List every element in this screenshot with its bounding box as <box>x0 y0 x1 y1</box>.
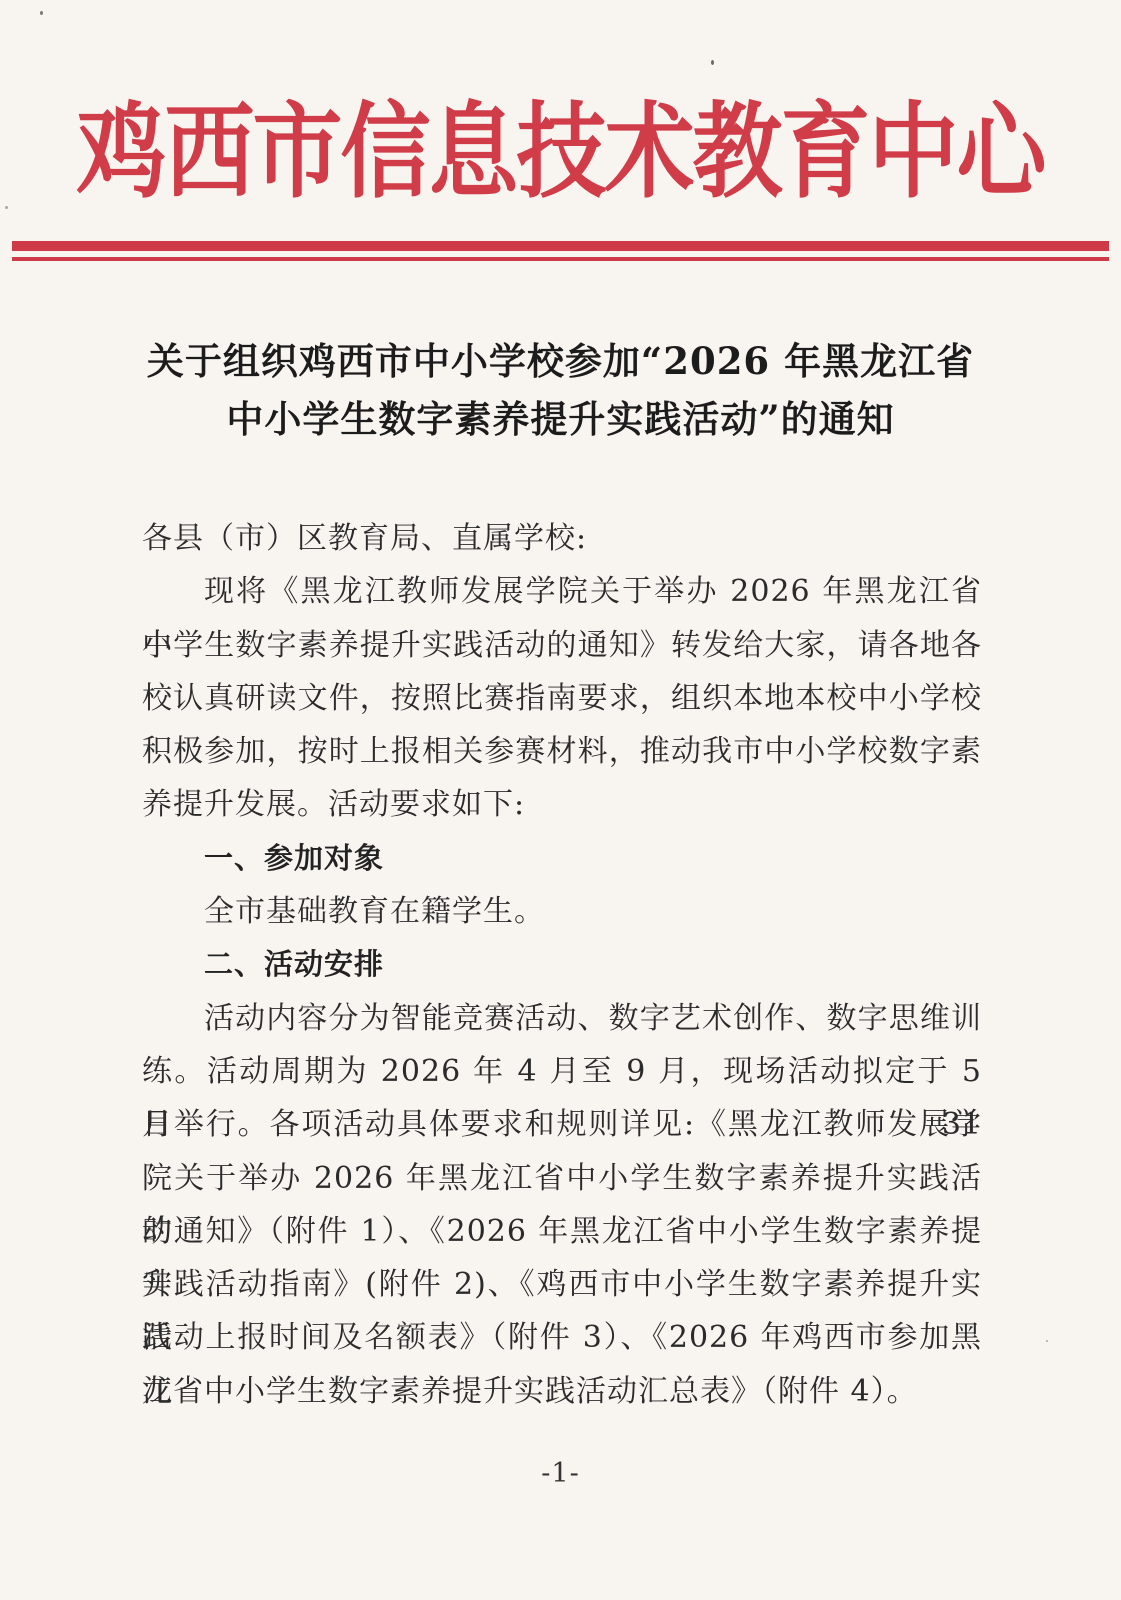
scan-speckle <box>5 206 8 209</box>
notice-title-line-1: 关于组织鸡西市中小学校参加“2026 年黑龙江省 <box>0 332 1121 390</box>
document-body: 各县（市）区教育局、直属学校:现将《黑龙江教师发展学院关于举办 2026 年黑龙… <box>142 512 982 1418</box>
scan-speckle <box>40 11 43 15</box>
body-text-line: 现将《黑龙江教师发展学院关于举办 2026 年黑龙江省中 <box>142 565 982 618</box>
body-heading-line: 二、活动安排 <box>142 938 982 991</box>
letterhead-org-name: 鸡西市信息技术教育中心 <box>0 100 1121 204</box>
body-heading-line: 一、参加对象 <box>142 832 982 885</box>
body-text-line: 全市基础教育在籍学生。 <box>142 885 982 938</box>
body-text-line: 各县（市）区教育局、直属学校: <box>142 512 982 565</box>
scan-speckle <box>711 60 714 65</box>
scanned-notice-page: 鸡西市信息技术教育中心 关于组织鸡西市中小学校参加“2026 年黑龙江省 中小学… <box>0 0 1121 1600</box>
body-text-line: 日举行。各项活动具体要求和规则详见:《黑龙江教师发展学 <box>142 1098 982 1151</box>
body-text-line: 积极参加，按时上报相关参赛材料，推动我市中小学校数字素 <box>142 725 982 778</box>
body-text-line: 江省中小学生数字素养提升实践活动汇总表》（附件 4）。 <box>142 1365 982 1418</box>
body-text-line: 的通知》（附件 1）、《2026 年黑龙江省中小学生数字素养提升 <box>142 1205 982 1258</box>
body-text-line: 实践活动指南》(附件 2)、《鸡西市中小学生数字素养提升实践 <box>142 1258 982 1311</box>
page-number: -1- <box>0 1458 1121 1489</box>
body-text-line: 院关于举办 2026 年黑龙江省中小学生数字素养提升实践活动 <box>142 1152 982 1205</box>
body-text-line: 校认真研读文件，按照比赛指南要求，组织本地本校中小学校 <box>142 672 982 725</box>
scan-speckle <box>1046 1340 1048 1342</box>
body-text-line: 活动上报时间及名额表》（附件 3）、《2026 年鸡西市参加黑龙 <box>142 1311 982 1364</box>
notice-title: 关于组织鸡西市中小学校参加“2026 年黑龙江省 中小学生数字素养提升实践活动”… <box>0 332 1121 448</box>
letterhead-rule-thin <box>12 257 1109 261</box>
body-text-line: 养提升发展。活动要求如下: <box>142 778 982 831</box>
body-text-line: 小学生数字素养提升实践活动的通知》转发给大家，请各地各 <box>142 619 982 672</box>
notice-title-line-2: 中小学生数字素养提升实践活动”的通知 <box>0 390 1121 448</box>
body-text-line: 活动内容分为智能竞赛活动、数字艺术创作、数字思维训 <box>142 992 982 1045</box>
letterhead-rule-thick <box>12 241 1109 251</box>
body-text-line: 练。活动周期为 2026 年 4 月至 9 月，现场活动拟定于 5 月 31 <box>142 1045 982 1098</box>
